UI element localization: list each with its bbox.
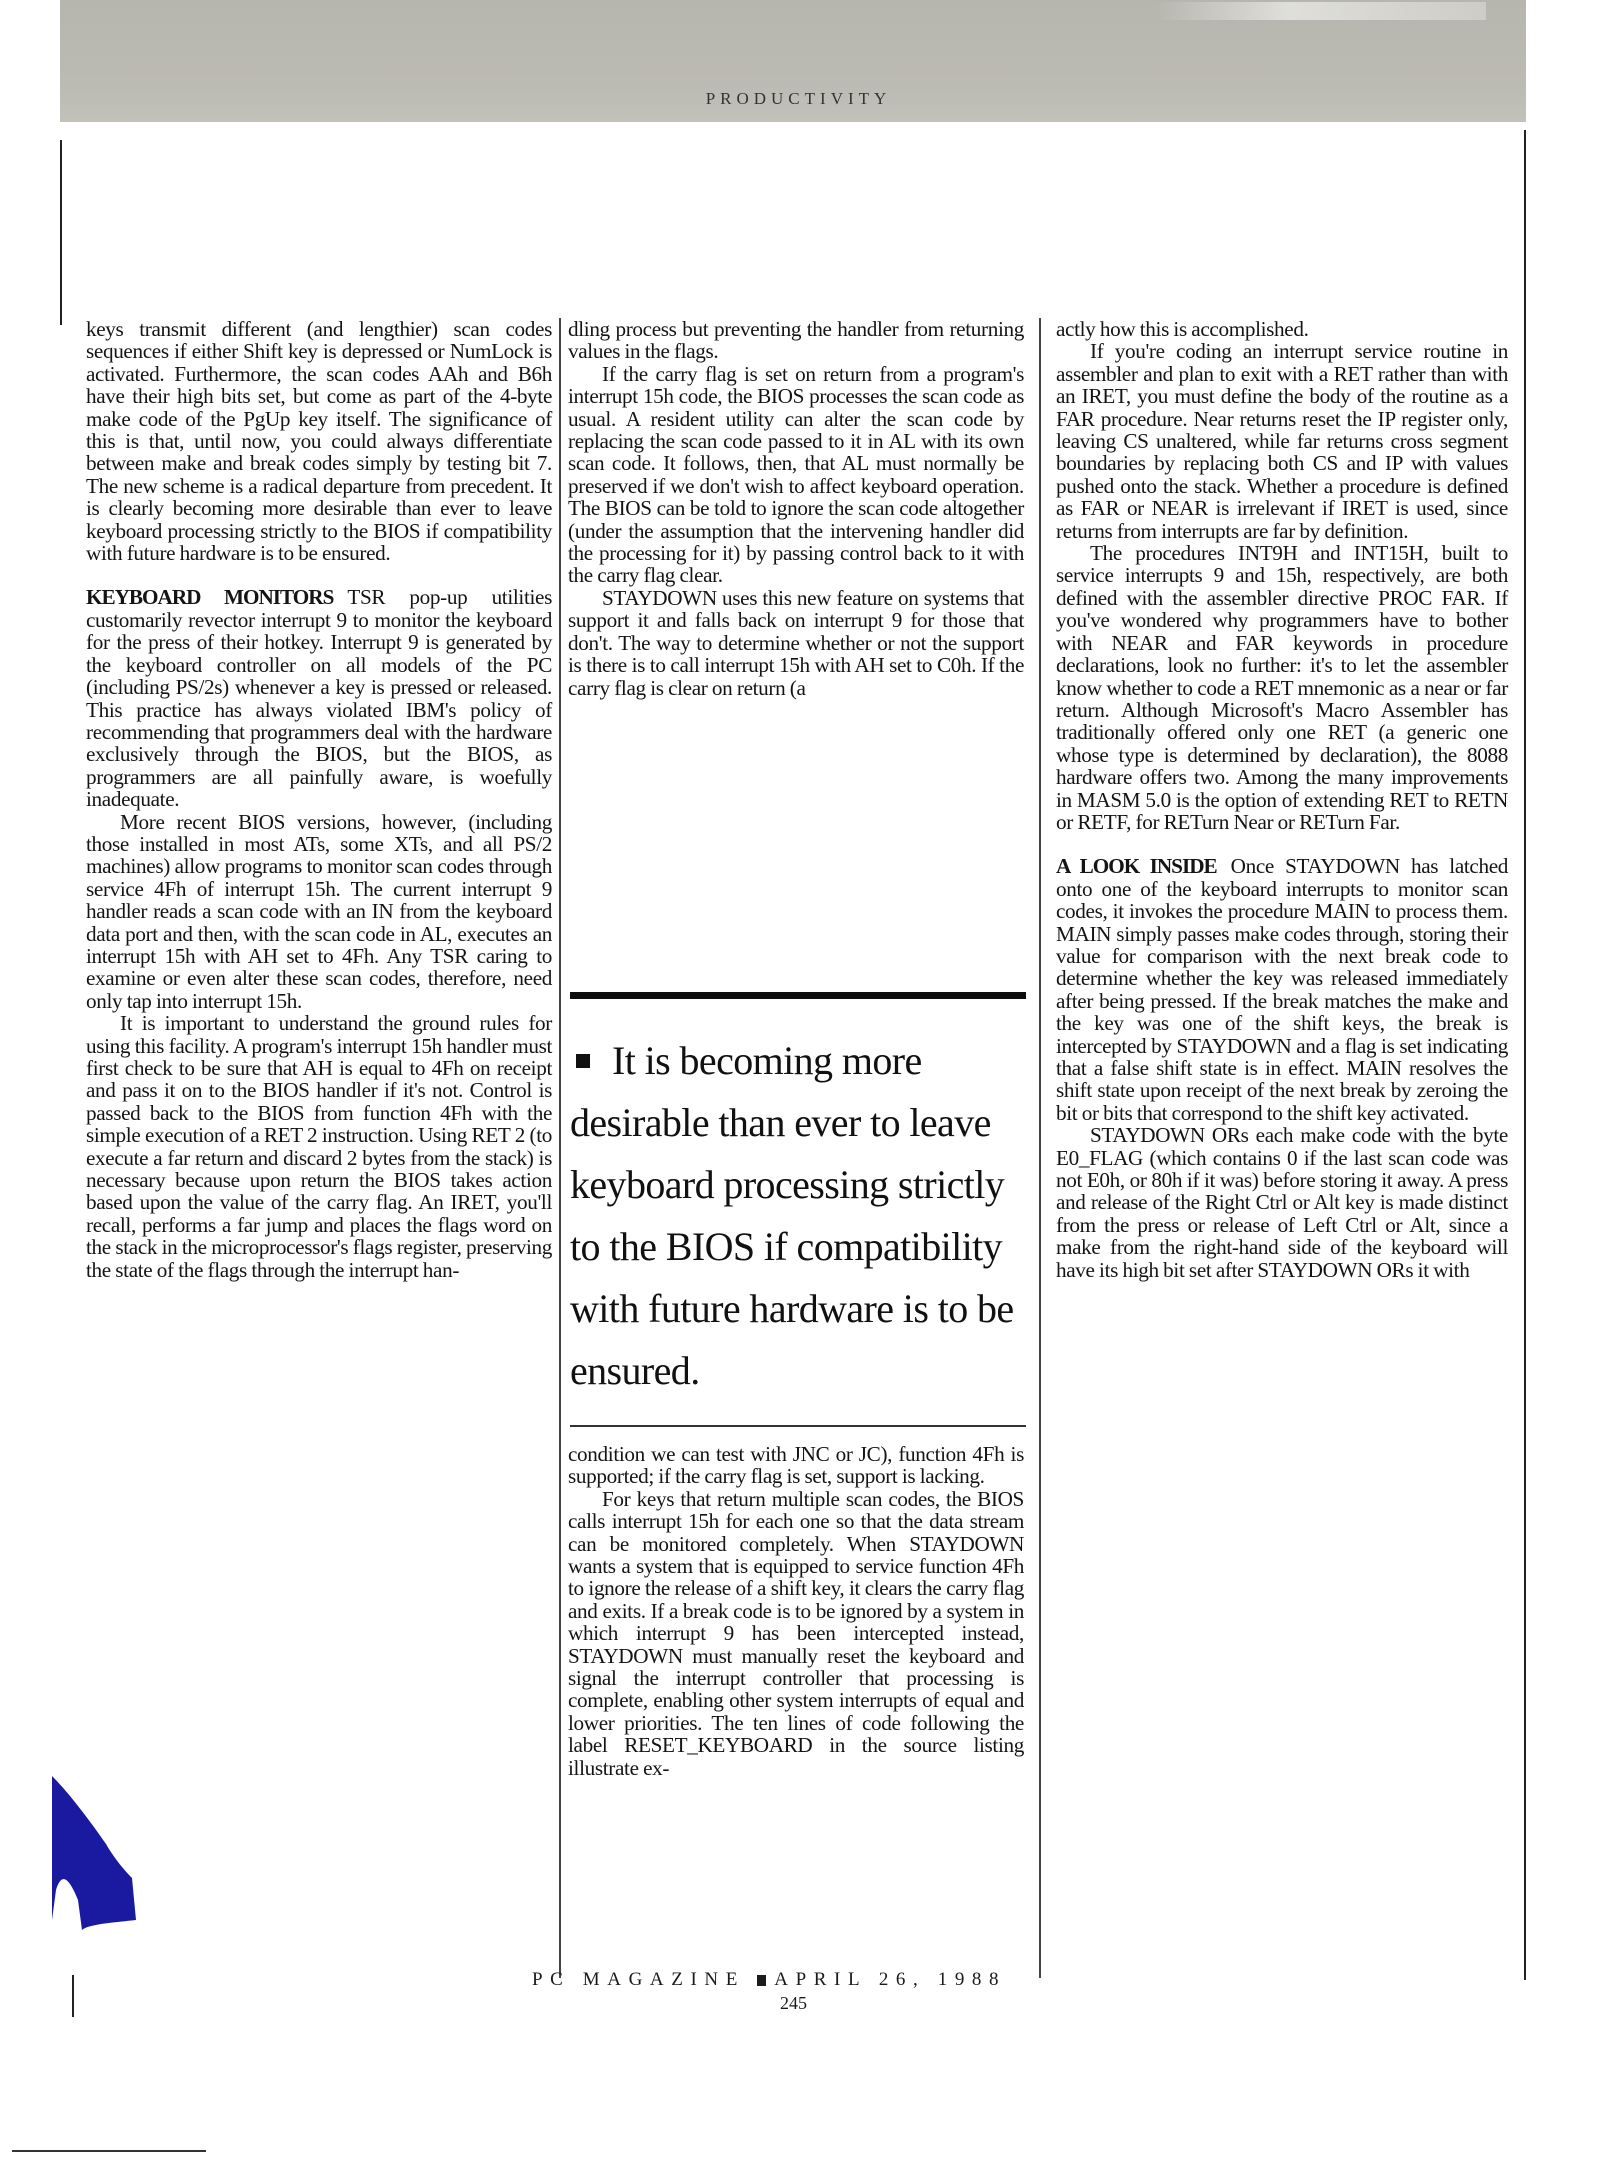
section-label: PRODUCTIVITY <box>0 89 1597 109</box>
paragraph-text: Once STAYDOWN has latched onto one of th… <box>1056 854 1508 1124</box>
article-column-3: actly how this is accomplished. If you'r… <box>1056 318 1508 1281</box>
square-bullet-icon <box>576 1054 590 1068</box>
paragraph: If the carry flag is set on return from … <box>568 363 1024 587</box>
paragraph: dling process but preventing the handler… <box>568 318 1024 363</box>
pull-quote: It is becoming more desirable than ever … <box>570 992 1026 1428</box>
column-divider-1 <box>559 318 561 1978</box>
article-column-2: dling process but preventing the handler… <box>568 318 1024 699</box>
subhead-a-look-inside: A LOOK INSIDE <box>1056 854 1217 878</box>
article-column-2-continued: condition we can test with JNC or JC), f… <box>568 1443 1024 1779</box>
paragraph: actly how this is accomplished. <box>1056 318 1508 340</box>
footer-masthead: PC MAGAZINE APRIL 26, 1988 <box>532 1969 1006 1991</box>
issue-date: APRIL 26, 1988 <box>774 1969 1006 1990</box>
article-column-1: keys transmit different (and lengthier) … <box>86 318 552 1281</box>
paragraph: More recent BIOS versions, however, (inc… <box>86 811 552 1013</box>
margin-mark <box>72 1975 74 2017</box>
subhead-keyboard-monitors: KEYBOARD MONITORS <box>86 585 333 609</box>
pull-quote-bottom-rule <box>570 1425 1026 1427</box>
paragraph-text: TSR pop-up utilities customarily revecto… <box>86 585 552 811</box>
paragraph: It is important to understand the ground… <box>86 1012 552 1281</box>
pull-quote-text-block: It is becoming more desirable than ever … <box>570 1030 1030 1402</box>
paragraph: keys transmit different (and lengthier) … <box>86 318 552 564</box>
square-bullet-icon <box>757 1975 766 1986</box>
subhead-paragraph: KEYBOARD MONITORSTSR pop-up utilities cu… <box>86 586 552 810</box>
subhead-paragraph: A LOOK INSIDEOnce STAYDOWN has latched o… <box>1056 855 1508 1124</box>
scan-edge-line <box>12 2150 206 2152</box>
scan-artifact-blob <box>48 1770 140 1932</box>
paragraph: If you're coding an interrupt service ro… <box>1056 340 1508 542</box>
publication-name: PC MAGAZINE <box>532 1969 745 1990</box>
paragraph: condition we can test with JNC or JC), f… <box>568 1443 1024 1488</box>
paragraph: STAYDOWN ORs each make code with the byt… <box>1056 1124 1508 1281</box>
paragraph: For keys that return multiple scan codes… <box>568 1488 1024 1779</box>
paragraph: The procedures INT9H and INT15H, built t… <box>1056 542 1508 833</box>
page-frame-right-rule <box>1524 130 1526 1980</box>
scan-glare <box>1156 2 1486 20</box>
page-number: 245 <box>780 1993 807 2014</box>
page-frame-left-rule <box>60 140 62 325</box>
pull-quote-top-rule <box>570 992 1026 999</box>
column-divider-2 <box>1039 318 1041 1978</box>
pull-quote-text: It is becoming more desirable than ever … <box>570 1038 1014 1393</box>
paragraph: STAYDOWN uses this new feature on system… <box>568 587 1024 699</box>
